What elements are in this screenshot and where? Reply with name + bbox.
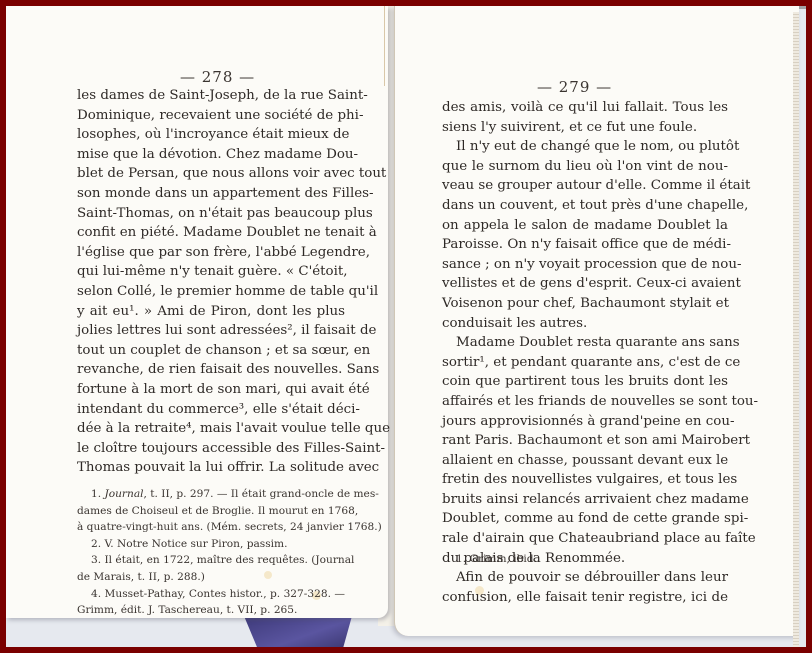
footnote-3: 3. Il était, en 1722, maître des requête…: [77, 552, 345, 569]
footnote-line: dames de Choiseul et de Broglie. Il mour…: [77, 503, 345, 520]
right-page: — 279 — des amis, voilà ce qu'il lui fal…: [394, 6, 799, 636]
footnotes: 1. Journal, t. II, p. 297. — Il était gr…: [77, 486, 345, 619]
text-line: jolies lettres lui sont adressées², il f…: [77, 321, 345, 341]
text-line: revanche, de rien faisait des nouvelles.…: [77, 360, 345, 380]
footnote-line: Grimm, édit. J. Taschereau, t. VII, p. 2…: [77, 602, 345, 619]
text-line: affairés et les friands de nouvelles se …: [442, 392, 728, 412]
footnote-4: 4. Musset-Pathay, Contes histor., p. 327…: [77, 586, 345, 603]
text-line: Dominique, recevaient une société de phi…: [77, 106, 345, 126]
text-line: des amis, voilà ce qu'il lui fallait. To…: [442, 98, 728, 118]
text-line: fretin des nouvellistes vulgaires, et to…: [442, 470, 728, 490]
text-line: conduisait les autres.: [442, 314, 728, 334]
text-line: Doublet, comme au fond de cette grande s…: [442, 509, 728, 529]
text-line: allaient en chasse, poussant devant eux …: [442, 451, 728, 471]
text-line: dée à la retraite⁴, mais l'avait voulue …: [77, 419, 345, 439]
footnote-line: de Marais, t. II, p. 288.): [77, 569, 345, 586]
text-line: sance ; on n'y voyait procession que de …: [442, 255, 728, 275]
footnote-1: 1. Grimm, ibid.: [442, 551, 728, 568]
text-line: sortir¹, et pendant quarante ans, c'est …: [442, 353, 728, 373]
text-line: rale d'airain que Chateaubriand place au…: [442, 529, 728, 549]
text-line: son monde dans un appartement des Filles…: [77, 184, 345, 204]
text-line: Saint-Thomas, on n'était pas beaucoup pl…: [77, 204, 345, 224]
text-line: Paroisse. On n'y faisait office que de m…: [442, 235, 728, 255]
text-line: Afin de pouvoir se débrouiller dans leur: [442, 568, 728, 588]
text-line: rant Paris. Bachaumont et son ami Mairob…: [442, 431, 728, 451]
text-line: dans un couvent, et tout près d'une chap…: [442, 196, 728, 216]
page-stack-edge: [793, 12, 799, 647]
text-line: les dames de Saint-Joseph, de la rue Sai…: [77, 86, 345, 106]
text-line: l'église que par son frère, l'abbé Legen…: [77, 243, 345, 263]
body-text: les dames de Saint-Joseph, de la rue Sai…: [77, 86, 345, 478]
text-line: mise que la dévotion. Chez madame Dou-: [77, 145, 345, 165]
footnote-1: 1. Journal, t. II, p. 297. — Il était gr…: [77, 486, 345, 503]
text-line: Madame Doublet resta quarante ans sans: [442, 333, 728, 353]
text-line: on appela le salon de madame Doublet la: [442, 216, 728, 236]
text-line: y ait eu¹. » Ami de Piron, dont les plus: [77, 302, 345, 322]
text-line: losophes, où l'incroyance était mieux de: [77, 125, 345, 145]
page-number: — 278 —: [180, 68, 255, 86]
text-line: coin que partirent tous les bruits dont …: [442, 372, 728, 392]
footnote-line: à quatre-vingt-huit ans. (Mém. secrets, …: [77, 519, 345, 536]
left-page: — 278 — les dames de Saint-Joseph, de la…: [6, 6, 388, 618]
footnote-2: 2. V. Notre Notice sur Piron, passim.: [77, 536, 345, 553]
text-line: intendant du commerce³, elle s'était déc…: [77, 400, 345, 420]
text-line: confit en piété. Madame Doublet ne tenai…: [77, 223, 345, 243]
text-line: selon Collé, le premier homme de table q…: [77, 282, 345, 302]
text-line: Thomas pouvait la lui offrir. La solitud…: [77, 458, 345, 478]
text-line: vellistes et de gens d'esprit. Ceux-ci a…: [442, 274, 728, 294]
text-line: fortune à la mort de son mari, qui avait…: [77, 380, 345, 400]
text-line: siens l'y suivirent, et ce fut une foule…: [442, 118, 728, 138]
page-number: — 279 —: [537, 78, 612, 96]
text-line: Il n'y eut de changé que le nom, ou plut…: [442, 137, 728, 157]
text-line: Voisenon pour chef, Bachaumont stylait e…: [442, 294, 728, 314]
text-line: le cloître toujours accessible des Fille…: [77, 439, 345, 459]
text-line: tout un couplet de chanson ; et sa sœur,…: [77, 341, 345, 361]
body-text: des amis, voilà ce qu'il lui fallait. To…: [442, 98, 728, 607]
binding-crease: [384, 6, 385, 86]
text-line: veau se grouper autour d'elle. Comme il …: [442, 176, 728, 196]
book-scan: — 278 — les dames de Saint-Joseph, de la…: [6, 6, 806, 647]
footnotes: 1. Grimm, ibid.: [442, 551, 728, 568]
text-line: confusion, elle faisait tenir registre, …: [442, 588, 728, 608]
text-line: bruits ainsi relancés arrivaient chez ma…: [442, 490, 728, 510]
text-line: qui lui-même n'y tenait guère. « C'étoit…: [77, 262, 345, 282]
text-line: blet de Persan, que nous allons voir ave…: [77, 164, 345, 184]
bookmark-ribbon: [244, 616, 352, 647]
text-line: jours approvisionnés à grand'peine en co…: [442, 412, 728, 432]
text-line: que le surnom du lieu où l'on vint de no…: [442, 157, 728, 177]
